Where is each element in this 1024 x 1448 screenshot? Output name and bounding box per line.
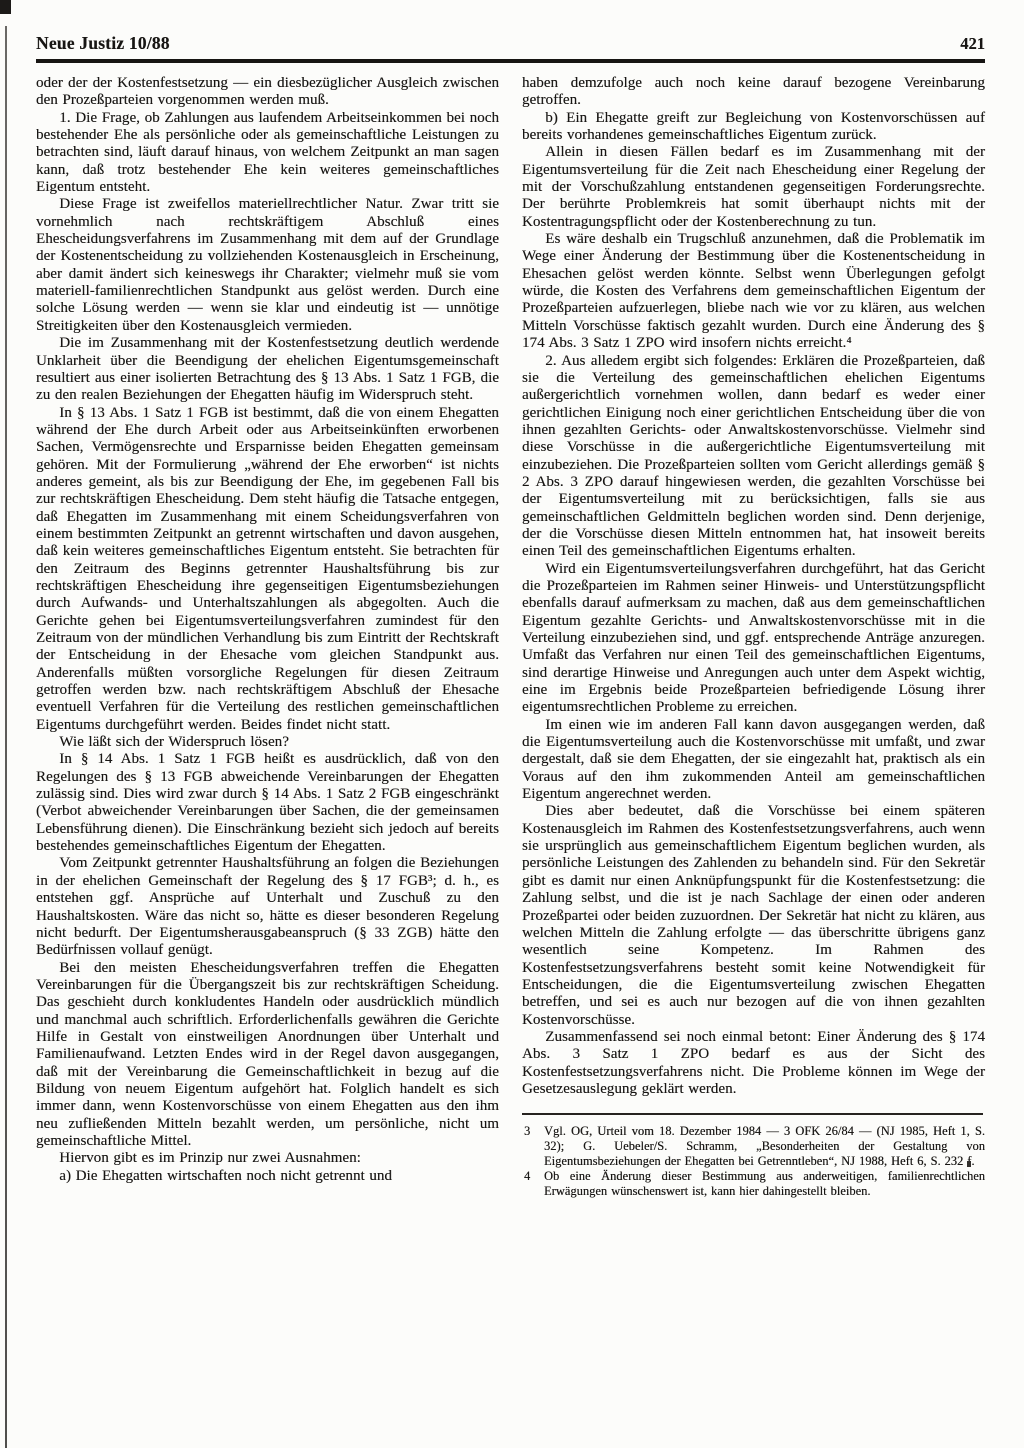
scan-speck: [967, 1161, 971, 1167]
paragraph: Wie läßt sich der Widerspruch lösen?: [36, 734, 499, 751]
footnotes-block: 3 Vgl. OG, Urteil vom 18. Dezember 1984 …: [522, 1124, 985, 1199]
footnote-number: 3: [524, 1124, 537, 1168]
header-rule: [36, 59, 985, 63]
paragraph: Zusammenfassend sei noch einmal betont: …: [522, 1029, 985, 1098]
page-number: 421: [960, 34, 985, 54]
paragraph: Es wäre deshalb ein Trugschluß anzunehme…: [522, 231, 985, 352]
scan-corner-mark: [0, 0, 11, 14]
footnote-number: 4: [524, 1169, 537, 1198]
footnote-text: Vgl. OG, Urteil vom 18. Dezember 1984 — …: [544, 1124, 985, 1168]
footnote-rule: [522, 1113, 983, 1115]
paragraph: a) Die Ehegatten wirtschaften noch nicht…: [36, 1168, 499, 1185]
paragraph: Im einen wie im anderen Fall kann davon …: [522, 717, 985, 804]
paragraph: 2. Aus alledem ergibt sich folgendes: Er…: [522, 353, 985, 561]
paragraph: Dies aber bedeutet, daß die Vorschüsse b…: [522, 803, 985, 1028]
paragraph: In § 13 Abs. 1 Satz 1 FGB ist bestimmt, …: [36, 405, 499, 735]
paragraph: Vom Zeitpunkt getrennter Haushaltsführun…: [36, 855, 499, 959]
paragraph: Diese Frage ist zweifellos materiellrech…: [36, 196, 499, 335]
paragraph: haben demzufolge auch noch keine darauf …: [522, 75, 985, 110]
paragraph: In § 14 Abs. 1 Satz 1 FGB heißt es ausdr…: [36, 751, 499, 855]
footnote: 4 Ob eine Änderung dieser Bestimmung aus…: [524, 1169, 985, 1198]
right-column: haben demzufolge auch noch keine darauf …: [522, 75, 985, 1200]
article-body: oder der der Kostenfestsetzung — ein die…: [36, 75, 985, 1200]
paragraph: Die im Zusammenhang mit der Kostenfestse…: [36, 335, 499, 404]
footnote: 3 Vgl. OG, Urteil vom 18. Dezember 1984 …: [524, 1124, 985, 1168]
paragraph: Bei den meisten Ehescheidungsverfahren t…: [36, 960, 499, 1151]
paragraph: Allein in diesen Fällen bedarf es im Zus…: [522, 144, 985, 231]
page-header: Neue Justiz 10/88 421: [36, 33, 985, 54]
paragraph: Hiervon gibt es im Prinzip nur zwei Ausn…: [36, 1150, 499, 1167]
left-column: oder der der Kostenfestsetzung — ein die…: [36, 75, 499, 1200]
scan-edge-line: [5, 26, 7, 1448]
journal-title: Neue Justiz 10/88: [36, 33, 170, 54]
paragraph: b) Ein Ehegatte greift zur Begleichung v…: [522, 110, 985, 145]
paragraph: 1. Die Frage, ob Zahlungen aus laufendem…: [36, 110, 499, 197]
footnote-text: Ob eine Änderung dieser Bestimmung aus a…: [544, 1169, 985, 1198]
journal-page: Neue Justiz 10/88 421 oder der der Koste…: [0, 0, 1024, 1448]
paragraph: Wird ein Eigentumsverteilungsverfahren d…: [522, 561, 985, 717]
paragraph: oder der der Kostenfestsetzung — ein die…: [36, 75, 499, 110]
